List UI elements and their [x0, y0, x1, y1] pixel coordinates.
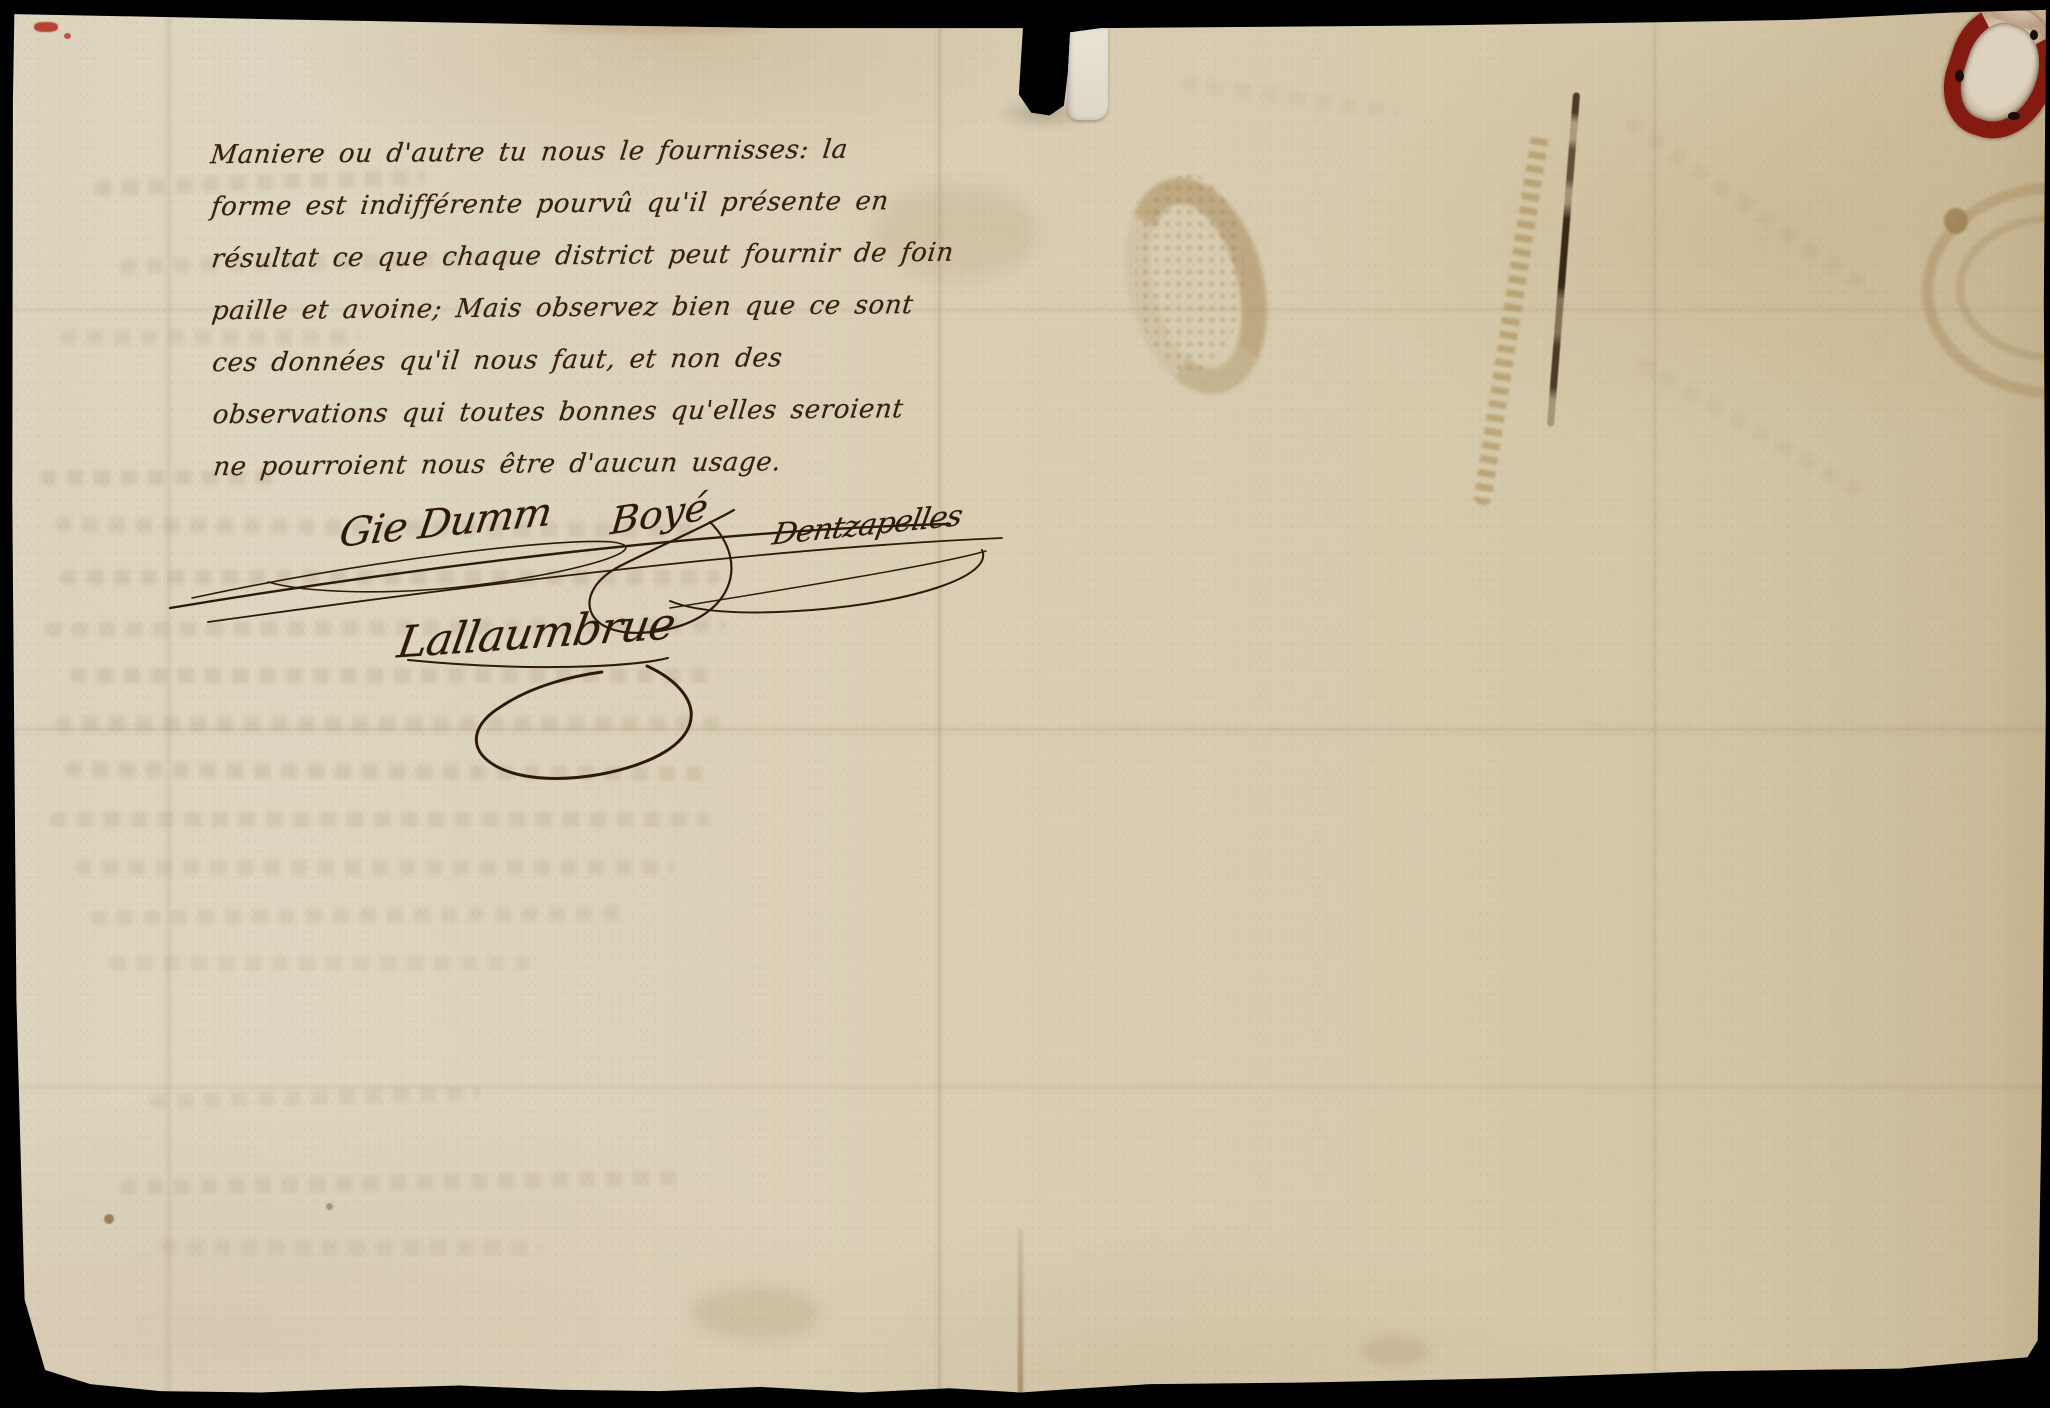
stain-bottom-center [690, 1285, 820, 1340]
wax-seal-speck [1955, 70, 1964, 82]
text-line: Maniere ou d'autre tu nous le fournisses… [208, 123, 956, 182]
stain-bottom-right [1360, 1335, 1430, 1367]
ink-spot-small [326, 1203, 333, 1210]
wax-fleck-top-left [34, 22, 58, 32]
ghost-text-line [90, 906, 630, 926]
text-line: ces données qu'il nous faut, et non des [210, 331, 958, 390]
ghost-text-line [160, 1240, 540, 1255]
wax-fleck-top-left-small [64, 33, 71, 39]
ghost-text-line [1180, 75, 1400, 120]
paper-sheet: Maniere ou d'autre tu nous le fournisses… [0, 0, 2050, 1408]
text-line: paille et avoine; Mais observez bien que… [209, 279, 957, 338]
ghost-text-line [120, 1170, 680, 1195]
scanned-letter-canvas: Maniere ou d'autre tu nous le fournisses… [0, 0, 2050, 1408]
ink-streak [1547, 92, 1580, 427]
text-line: observations qui toutes bonnes qu'elles … [210, 383, 958, 442]
wax-seal-speck [2008, 112, 2020, 120]
ghost-text-line [1634, 356, 1867, 499]
ghost-text-line [75, 860, 675, 875]
torn-edge-patch [1068, 28, 1108, 120]
bottom-crease [1018, 1230, 1023, 1395]
ink-spot-small [104, 1214, 114, 1224]
wax-seal-speck [2030, 30, 2038, 40]
postal-stamp-partial-outer [1922, 182, 2050, 399]
ghost-text-line [1623, 115, 1877, 299]
text-line: résultat ce que chaque district peut fou… [209, 227, 957, 286]
fold-line-vertical-right [1653, 0, 1656, 1408]
letter-text: Maniere ou d'autre tu nous le fournisses… [210, 123, 955, 493]
ghost-text-line [110, 956, 530, 971]
stamp-bleedthrough-strip [1473, 133, 1549, 506]
signature-flourishes [150, 480, 1050, 820]
fold-line-horizontal-lower [0, 1086, 2050, 1089]
text-line: forme est indifférente pourvû qu'il prés… [208, 175, 956, 234]
wax-seal [1930, 0, 2050, 153]
stain-top-edge [540, 16, 770, 32]
stamp-dot [1944, 208, 1968, 234]
postal-stamp-partial-inner [1956, 214, 2050, 362]
ghost-text-line [150, 1086, 480, 1110]
